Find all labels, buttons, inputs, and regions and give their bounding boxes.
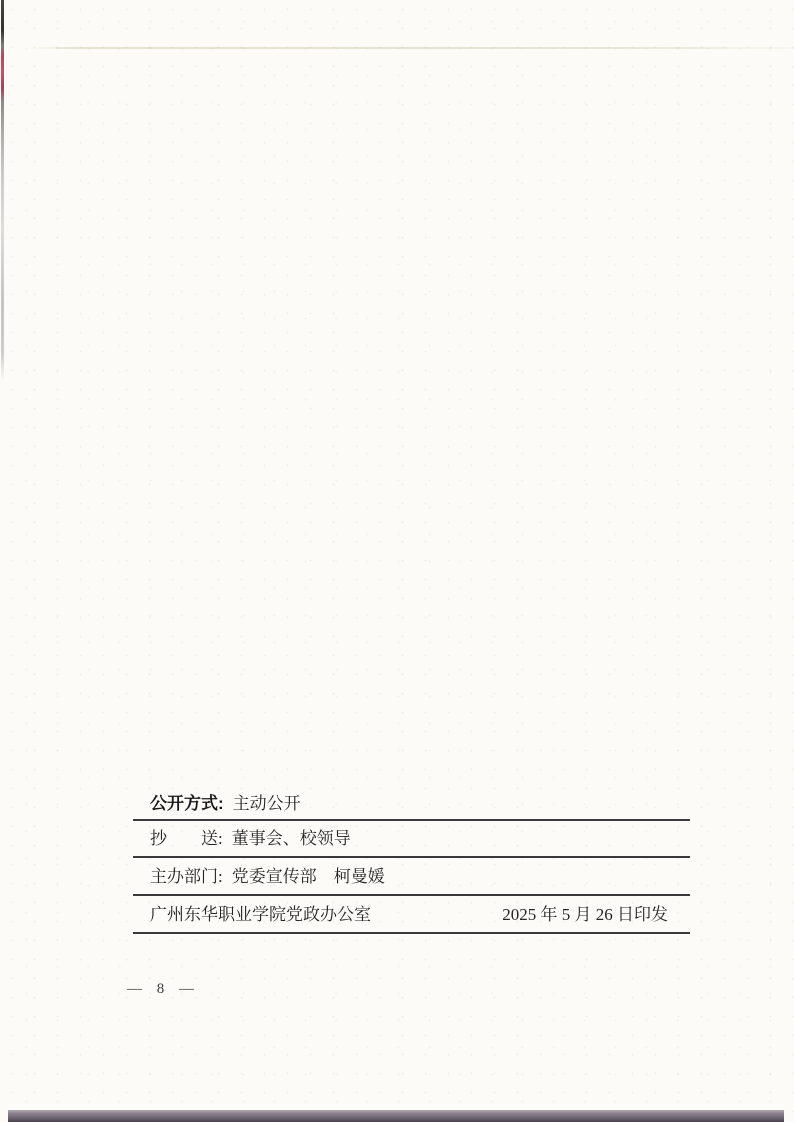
disclosure-method-value: 主动公开 bbox=[233, 795, 301, 812]
organizing-department-label: 主办部门: bbox=[150, 868, 223, 885]
table-row-issuer: 广州东华职业学院党政办公室 2025 年 5 月 26 日印发 bbox=[133, 896, 690, 934]
table-row-department: 主办部门: 党委宣传部 柯曼媛 bbox=[133, 858, 690, 896]
distribution-table: 公开方式: 主动公开 抄 送: 董事会、校领导 主办部门: 党委宣传部 柯曼媛 … bbox=[133, 787, 690, 934]
scan-left-edge-artifact bbox=[1, 0, 4, 380]
scan-bottom-page-edge bbox=[8, 1110, 784, 1122]
cc-value: 董事会、校领导 bbox=[232, 830, 351, 847]
disclosure-method-label: 公开方式: bbox=[150, 795, 224, 812]
page-number: — 8 — bbox=[127, 981, 195, 998]
scanned-document-page: { "document": { "footer_table": { "discl… bbox=[0, 0, 794, 1122]
scan-top-crease-line bbox=[30, 47, 794, 49]
table-row-cc: 抄 送: 董事会、校领导 bbox=[133, 821, 690, 858]
cc-label: 抄 送: bbox=[150, 830, 223, 847]
issue-date: 2025 年 5 月 26 日印发 bbox=[502, 906, 668, 923]
organizing-department-value: 党委宣传部 柯曼媛 bbox=[232, 868, 385, 885]
table-row-disclosure: 公开方式: 主动公开 bbox=[133, 787, 690, 821]
issuing-office: 广州东华职业学院党政办公室 bbox=[150, 906, 371, 923]
